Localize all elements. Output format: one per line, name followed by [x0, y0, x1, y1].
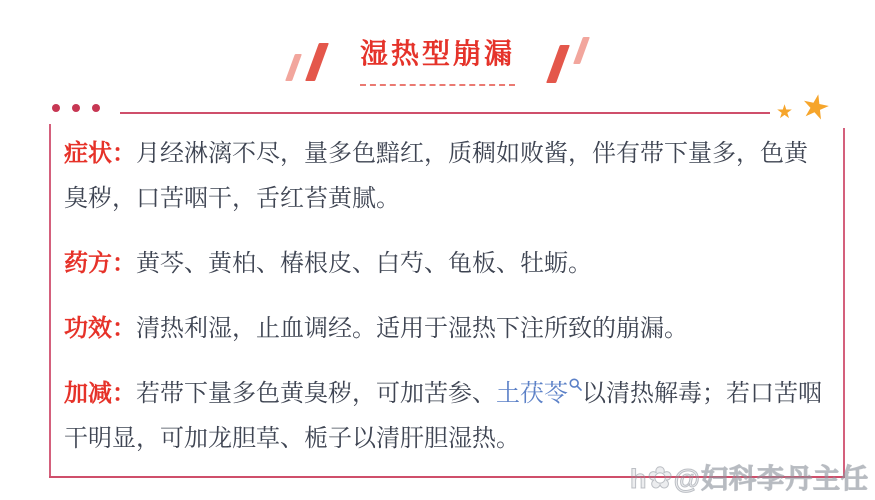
page-title: 湿热型崩漏 [360, 32, 515, 86]
slash-icon [573, 37, 590, 64]
dot-icon [52, 104, 60, 112]
frame-border-right [843, 128, 845, 478]
slash-icon [546, 45, 570, 83]
title-slashes-right [553, 37, 585, 81]
section-label-modifications: 加减： [64, 380, 136, 407]
watermark-handle: @妇科李丹主任 [674, 464, 869, 494]
title-slashes-left [290, 37, 322, 81]
watermark: h✿@妇科李丹主任 [630, 457, 869, 496]
section-text-symptoms: 月经淋漓不尽，量多色黯红，质稠如败酱，伴有带下量多，色黄臭秽，口苦咽干，舌红苔黄… [64, 140, 808, 212]
watermark-prefix: h [630, 464, 648, 494]
slash-icon [305, 43, 329, 81]
section-label-prescription: 药方： [64, 250, 136, 277]
section-text-prescription: 黄芩、黄柏、椿根皮、白芍、龟板、牡蛎。 [136, 250, 592, 277]
section-symptoms: 症状：月经淋漓不尽，量多色黯红，质稠如败酱，伴有带下量多，色黄臭秽，口苦咽干，舌… [64, 131, 822, 221]
section-modifications: 加减：若带下量多色黄臭秽，可加苦参、土茯苓以清热解毒；若口苦咽干明显，可加龙胆草… [64, 371, 822, 461]
dot-icon [72, 104, 80, 112]
content-box: 症状：月经淋漓不尽，量多色黯红，质稠如败酱，伴有带下量多，色黄臭秽，口苦咽干，舌… [64, 131, 822, 481]
title-row: 湿热型崩漏 [0, 32, 875, 86]
frame-border-left [49, 124, 51, 478]
dot-icon [92, 104, 100, 112]
frame-border-top [120, 112, 770, 114]
corner-stars-decoration: ★ ★ [776, 90, 848, 132]
slash-icon [285, 54, 302, 81]
star-icon: ★ [776, 103, 793, 122]
section-label-effects: 功效： [64, 315, 136, 342]
section-label-symptoms: 症状： [64, 140, 136, 167]
flower-logo-icon: ✿ [648, 462, 674, 495]
herb-search-link[interactable]: 土茯苓 [496, 380, 582, 407]
corner-dots-decoration [52, 104, 100, 112]
section-text-effects: 清热利湿，止血调经。适用于湿热下注所致的崩漏。 [136, 315, 688, 342]
star-icon: ★ [798, 87, 834, 125]
section-effects: 功效：清热利湿，止血调经。适用于湿热下注所致的崩漏。 [64, 306, 822, 351]
section-text-modifications-before: 若带下量多色黄臭秽，可加苦参、 [136, 380, 496, 407]
section-prescription: 药方：黄芩、黄柏、椿根皮、白芍、龟板、牡蛎。 [64, 241, 822, 286]
herb-link-label[interactable]: 土茯苓 [496, 380, 568, 407]
search-icon[interactable] [569, 378, 582, 391]
